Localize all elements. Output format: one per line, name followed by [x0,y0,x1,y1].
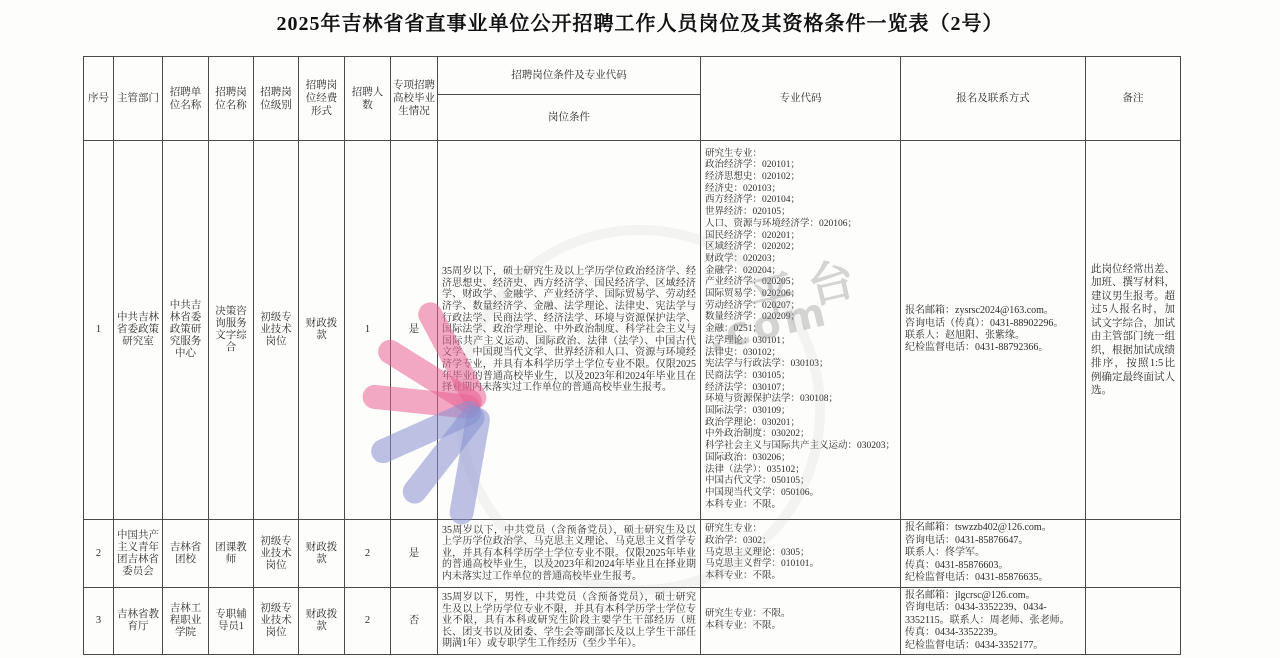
cell-special: 否 [391,588,438,655]
cell-special: 是 [391,141,438,520]
table-row: 3 吉林省教育厅 吉林工程职业学院 专职辅导员1 初级专业技术岗位 财政拨款 2… [84,588,1181,655]
cell-condition: 35周岁以下，男性，中共党员（含预备党员），硕士研究生及以上学历学位专业不限，并… [438,588,701,655]
col-header-funding: 招聘岗位经费形式 [299,57,345,141]
cell-funding: 财政拨款 [299,520,345,588]
table-row: 2 中国共产主义青年团吉林省委员会 吉林省团校 团课教师 初级专业技术岗位 财政… [84,520,1181,588]
cell-remark: 此岗位经常出差、加班、撰写材料，建议男生报考。超过5人报名时，加试文字综合，加试… [1086,141,1181,520]
cell-department: 中共吉林省委政策研究室 [114,141,163,520]
cell-unit: 吉林省团校 [163,520,209,588]
cell-index: 2 [84,520,114,588]
cell-condition: 35周岁以下，中共党员（含预备党员），硕士研究生及以上学历学位政治学、马克思主义… [438,520,701,588]
cell-special: 是 [391,520,438,588]
col-header-remark: 备注 [1086,57,1181,141]
col-header-major-code: 专业代码 [701,57,901,141]
cell-contact: 报名邮箱：tswzzb402@126.com。 咨询电话：0431-858766… [901,520,1086,588]
col-header-headcount: 招聘人数 [345,57,391,141]
cell-index: 1 [84,141,114,520]
table-row: 1 中共吉林省委政策研究室 中共吉林省委政策研究服务中心 决策咨询服务文字综合 … [84,141,1181,520]
cell-unit: 吉林工程职业学院 [163,588,209,655]
cell-funding: 财政拨款 [299,588,345,655]
cell-level: 初级专业技术岗位 [254,520,299,588]
cell-headcount: 1 [345,141,391,520]
cell-major-codes: 研究生专业： 政治经济学：020101； 经济思想史：020102； 经济史：0… [701,141,901,520]
cell-post: 决策咨询服务文字综合 [209,141,254,520]
col-header-department: 主管部门 [114,57,163,141]
cell-unit: 中共吉林省委政策研究服务中心 [163,141,209,520]
col-header-post: 招聘岗位名称 [209,57,254,141]
cell-funding: 财政拨款 [299,141,345,520]
col-header-contact: 报名及联系方式 [901,57,1086,141]
cell-post: 专职辅导员1 [209,588,254,655]
col-header-special: 专项招聘高校毕业生情况 [391,57,438,141]
cell-contact: 报名邮箱：zysrsc2024@163.com。 咨询电话（传真）：0431-8… [901,141,1086,520]
col-header-index: 序号 [84,57,114,141]
cell-headcount: 2 [345,520,391,588]
cell-remark [1086,588,1181,655]
cell-major-codes: 研究生专业：不限。 本科专业：不限。 [701,588,901,655]
cell-condition: 35周岁以下，硕士研究生及以上学历学位政治经济学、经济思想史、经济史、西方经济学… [438,141,701,520]
cell-post: 团课教师 [209,520,254,588]
col-header-unit: 招聘单位名称 [163,57,209,141]
cell-index: 3 [84,588,114,655]
page-title: 2025年吉林省省直事业单位公开招聘工作人员岗位及其资格条件一览表（2号） [0,7,1280,36]
cell-remark [1086,520,1181,588]
col-header-level: 招聘岗位级别 [254,57,299,141]
cell-level: 初级专业技术岗位 [254,141,299,520]
cell-contact: 报名邮箱：jlgcrsc@126.com。 咨询电话：0434-3352239、… [901,588,1086,655]
cell-headcount: 2 [345,588,391,655]
recruitment-table: 序号 主管部门 招聘单位名称 招聘岗位名称 招聘岗位级别 招聘岗位经费形式 招聘… [83,56,1181,655]
cell-department: 中国共产主义青年团吉林省委员会 [114,520,163,588]
cell-department: 吉林省教育厅 [114,588,163,655]
col-header-condition: 岗位条件 [438,95,701,141]
cell-major-codes: 研究生专业： 政治学：0302； 马克思主义理论：0305； 马克思主义哲学：0… [701,520,901,588]
col-header-condition-group: 招聘岗位条件及专业代码 [438,57,701,95]
cell-level: 初级专业技术岗位 [254,588,299,655]
